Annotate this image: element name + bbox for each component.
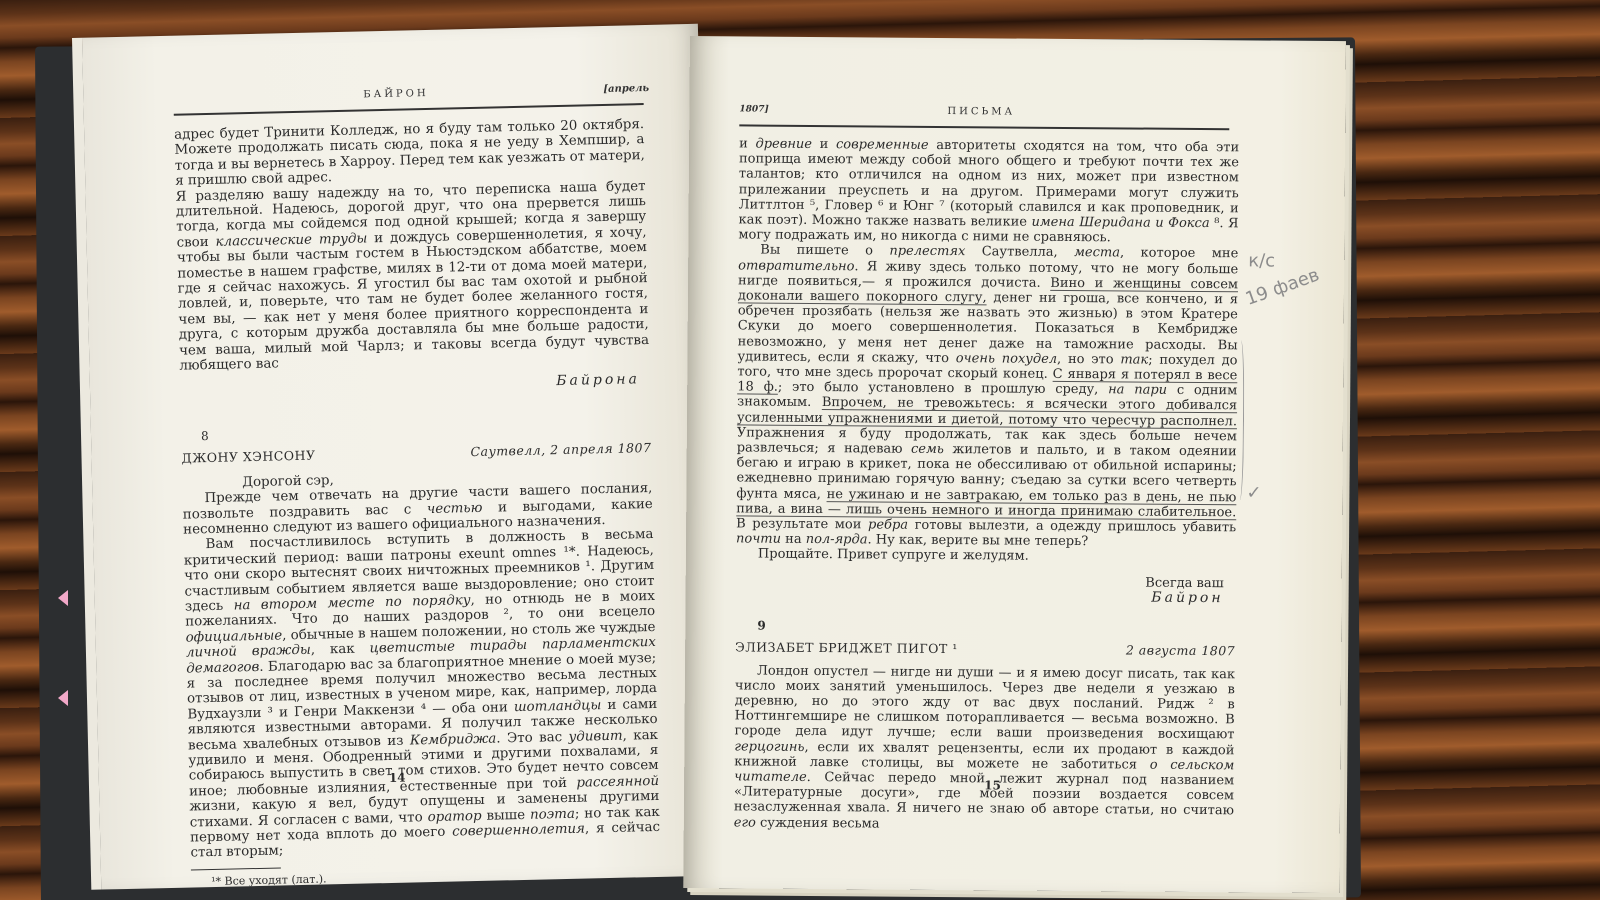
- letter-date: 2 августа 1807: [1126, 643, 1235, 659]
- letter-body: Лондон опустел — нигде ни души — и я име…: [734, 663, 1235, 834]
- running-head-month: [апрель: [603, 83, 649, 100]
- page-number: 15: [984, 778, 1001, 792]
- addressee: ДЖОНУ ХЭНСОНУ: [181, 448, 315, 466]
- pencil-checkmark: ✓: [1246, 482, 1261, 503]
- header-rule: [739, 124, 1229, 129]
- signature: Байрона: [180, 372, 640, 398]
- footnote-rule: [191, 867, 281, 870]
- paragraph-2: Вы пишете о прелестях Саутвелла, места, …: [736, 243, 1238, 551]
- running-head-title: ПИСЬМА: [947, 106, 1015, 123]
- letter-heading: ДЖОНУ ХЭНСОНУ Саутвелл, 2 апреля 1807: [181, 440, 651, 466]
- letter-paragraph-2: Вам посчастливилось вступить в должность…: [183, 527, 660, 861]
- pencil-note: к/с: [1248, 250, 1275, 271]
- right-text-block: и древние и современные авторитеты сходя…: [734, 136, 1239, 834]
- letter-number: 9: [757, 619, 1235, 638]
- paragraph-1: и древние и современные авторитеты сходя…: [738, 136, 1239, 246]
- page-number: 14: [389, 771, 406, 785]
- left-page: БАЙРОН [апрель адрес будет Тринити Колле…: [72, 24, 717, 890]
- continuation-paragraph-1: адрес будет Тринити Колледж, но я буду т…: [174, 117, 645, 189]
- addressee: ЭЛИЗАБЕТ БРИДЖЕТ ПИГОТ ¹: [735, 640, 958, 657]
- running-head-year: 1807]: [739, 104, 768, 120]
- pencil-bracket: [1234, 340, 1244, 500]
- header-rule: [174, 103, 644, 115]
- letter-number: 8: [201, 419, 651, 445]
- place-date: Саутвелл, 2 апреля 1807: [470, 440, 651, 460]
- right-page: 1807] ПИСЬМА и древние и современные авт…: [683, 36, 1346, 893]
- paragraph-3: Прощайте. Привет супруге и желудям.: [736, 547, 1236, 566]
- letter-heading: ЭЛИЗАБЕТ БРИДЖЕТ ПИГОТ ¹ 2 августа 1807: [735, 640, 1235, 659]
- continuation-paragraph-2: Я разделяю вашу надежду на то, что переп…: [175, 179, 649, 374]
- running-head-title: БАЙРОН: [363, 88, 429, 105]
- left-text-block: адрес будет Тринити Колледж, но я буду т…: [174, 117, 661, 890]
